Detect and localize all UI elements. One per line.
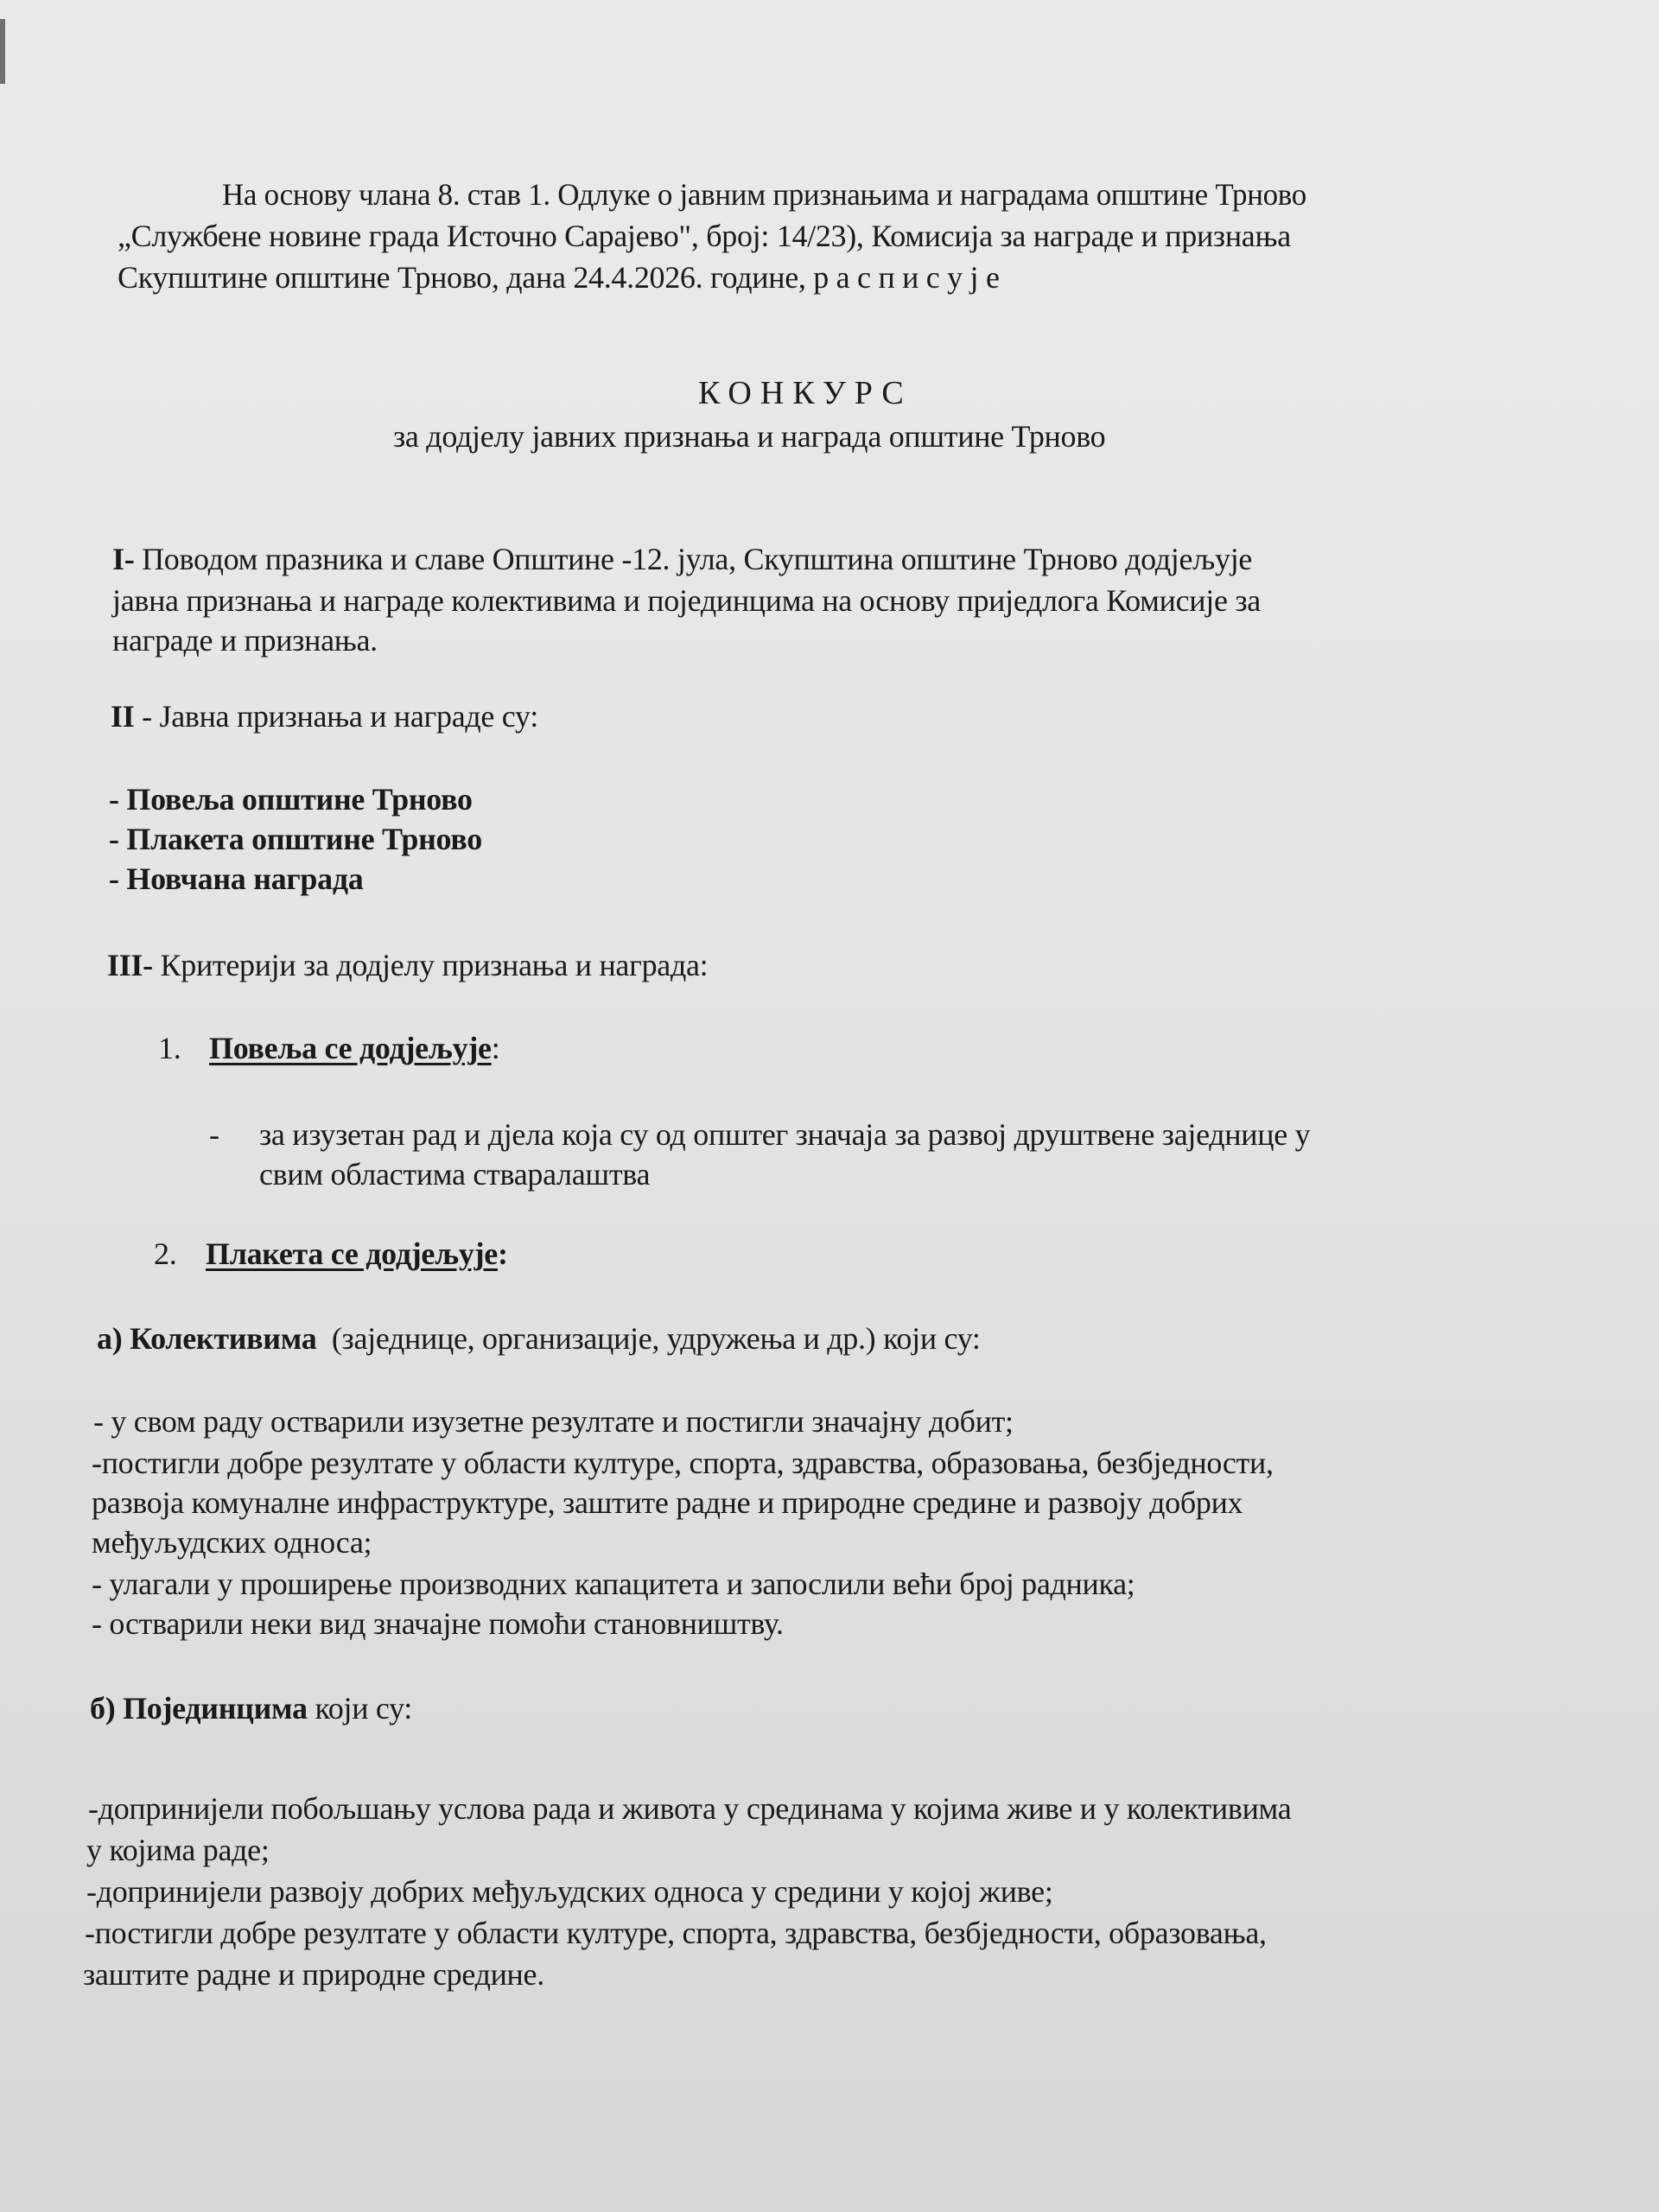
section-3-numeral: III- — [107, 948, 153, 982]
collectives-line-1: - у свом раду остварили изузетне резулта… — [93, 1402, 1014, 1441]
document-title: КОНКУРС — [698, 373, 912, 413]
item-1-number: 1. — [158, 1028, 181, 1068]
collectives-line-3: развоја комуналне инфраструктуре, заштит… — [92, 1483, 1243, 1522]
preamble-line-3: Скупштине општине Трново, дана 24.4.2026… — [118, 257, 1000, 297]
award-plaque: - Плакета општине Трново — [109, 819, 482, 859]
award-cash-prize: - Новчана награда — [109, 859, 363, 899]
item-2-label: Плакета се додјељује — [206, 1236, 498, 1271]
preamble-line-2: „Службене новине града Источно Сарајево"… — [118, 216, 1509, 256]
document-page: На основу члана 8. став 1. Одлуке о јавн… — [0, 0, 1659, 2212]
item-1-colon: : — [492, 1031, 500, 1065]
individuals-line-4: -постигли добре резултате у области култ… — [85, 1913, 1267, 1953]
item-1-bullet: - — [209, 1115, 219, 1154]
award-charter: - Повеља општине Трново — [109, 779, 473, 819]
item-1-text-line-1: за изузетан рад и дјела која су од опште… — [259, 1115, 1310, 1154]
section-3-heading: III- Критерији за додјелу признања и наг… — [107, 945, 708, 985]
item-2-heading: Плакета се додјељује: — [206, 1234, 508, 1274]
individuals-heading: б) Појединцима који су: — [90, 1688, 412, 1728]
collectives-line-4: међуљудских односа; — [92, 1522, 372, 1562]
individuals-line-2: у којима раде; — [86, 1830, 270, 1870]
section-1-line-2: јавна признања и награде колективима и п… — [112, 581, 1261, 620]
individuals-line-1: -допринијели побољшању услова рада и жив… — [88, 1789, 1291, 1828]
item-2-number: 2. — [154, 1234, 176, 1274]
section-1-line-1: I- Поводом празника и славе Општине -12.… — [112, 539, 1252, 579]
section-1-numeral: I- — [112, 542, 134, 576]
individuals-rest: који су: — [308, 1691, 412, 1726]
section-1-line-3: награде и признања. — [112, 620, 378, 660]
document-subtitle: за додјелу јавних признања и награда опш… — [393, 416, 1105, 456]
individuals-label: б) Појединцима — [90, 1691, 308, 1726]
section-2-numeral: II — [111, 699, 134, 734]
collectives-line-5: - улагали у проширење производних капаци… — [92, 1564, 1135, 1604]
collectives-line-6: - остварили неки вид значајне помоћи ста… — [92, 1604, 784, 1643]
collectives-heading: а) Колективима (заједнице, организације,… — [97, 1319, 981, 1358]
section-2-heading-text: - Јавна признања и награде су: — [134, 699, 538, 734]
preamble-line-1: На основу члана 8. став 1. Одлуке о јавн… — [222, 175, 1471, 214]
section-1-text: Поводом празника и славе Општине -12. ју… — [134, 542, 1252, 576]
section-3-heading-text: Критерији за додјелу признања и награда: — [153, 948, 709, 982]
item-1-label: Повеља се додјељује — [209, 1031, 492, 1065]
individuals-line-5: заштите радне и природне средине. — [83, 1955, 544, 1994]
collectives-label: а) Колективима — [97, 1321, 316, 1356]
item-2-colon: : — [498, 1236, 508, 1271]
individuals-line-3: -допринијели развоју добрих међуљудских … — [86, 1872, 1053, 1911]
collectives-rest: (заједнице, организације, удружења и др.… — [316, 1321, 980, 1356]
item-1-text-line-2: свим областима стваралаштва — [259, 1154, 650, 1194]
collectives-line-2: -постигли добре резултате у области култ… — [92, 1443, 1274, 1483]
section-2-heading: II - Јавна признања и награде су: — [111, 696, 538, 736]
item-1-heading: Повеља се додјељује: — [209, 1028, 499, 1068]
